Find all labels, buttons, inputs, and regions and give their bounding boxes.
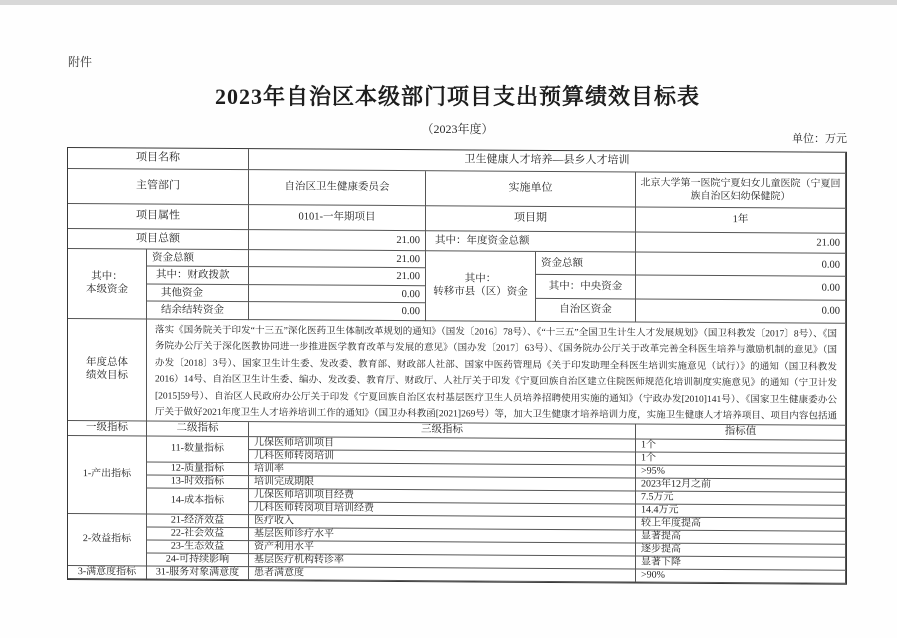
level3-indicator: 患者满意度	[249, 567, 636, 582]
indicator-value: 显著下降	[636, 556, 846, 570]
transfer-fund-row-label: 自治区资金	[536, 298, 636, 322]
local-fund-row-value: 0.00	[249, 285, 426, 304]
header-level1: 一级指标	[68, 421, 147, 436]
level2-group: 11-数量指标	[147, 436, 249, 463]
indicator-value: 显著提高	[636, 530, 846, 544]
level2-group: 12-质量指标	[147, 462, 249, 476]
project-total-label: 项目总额	[68, 229, 249, 250]
header-level2: 二级指标	[147, 421, 249, 437]
unit-note: 单位：万元	[67, 130, 847, 146]
local-fund-row-label: 结余结转资金	[147, 302, 249, 320]
transfer-funds-group-label: 其中： 转移市县（区）资金	[426, 251, 536, 322]
indicator-value: >95%	[636, 465, 846, 479]
annual-goal-text: 落实《国务院关于印发“十三五”深化医药卫生体制改革规划的通知》（国发〔2016〕…	[147, 319, 846, 425]
indicator-value: 14.4万元	[636, 504, 846, 518]
header-value: 指标值	[636, 424, 846, 440]
transfer-fund-row-value: 0.00	[636, 276, 846, 301]
level1-group: 2-效益指标	[68, 514, 147, 566]
local-fund-row-value: 21.00	[249, 268, 426, 287]
level1-group: 1-产出指标	[68, 436, 147, 514]
implement-unit-label: 实施单位	[426, 171, 636, 207]
local-funds-group-label: 其中： 本级资金	[68, 249, 147, 319]
indicator-value: 逐步提高	[636, 543, 846, 557]
indicator-value: 较上年度提高	[636, 517, 846, 531]
transfer-fund-row-label: 资金总额	[536, 252, 636, 276]
budget-table-sheet: 项目名称 卫生健康人才培养—县乡人才培训 主管部门 自治区卫生健康委员会 实施单…	[67, 147, 847, 585]
level1-group: 3-满意度指标	[68, 566, 147, 579]
level2-group: 13-时效指标	[147, 475, 249, 489]
annual-fund-total-value: 21.00	[636, 232, 846, 253]
indicator-value: >90%	[636, 569, 846, 583]
level2-group: 14-成本指标	[147, 488, 249, 515]
indicator-value: 1个	[636, 439, 846, 453]
level2-group: 24-可持续影响	[147, 553, 249, 567]
local-fund-row-label: 其他资金	[147, 284, 249, 302]
indicator-value: 1个	[636, 452, 846, 466]
transfer-fund-row-label: 其中：中央资金	[536, 275, 636, 299]
local-fund-row-value: 21.00	[249, 250, 426, 269]
page-title: 2023年自治区本级部门项目支出预算绩效目标表	[0, 80, 897, 111]
level2-group: 31-服务对象满意度	[147, 566, 249, 580]
local-fund-row-value: 0.00	[249, 303, 426, 322]
competent-dept-label: 主管部门	[68, 169, 249, 205]
project-name-label: 项目名称	[68, 148, 249, 170]
local-fund-row-label: 资金总额	[147, 249, 249, 267]
performance-target-table: 项目名称 卫生健康人才培养—县乡人才培训 主管部门 自治区卫生健康委员会 实施单…	[67, 147, 847, 585]
scanner-edge-strip	[0, 0, 897, 5]
local-fund-row-label: 其中：财政拨款	[147, 267, 249, 285]
project-attr-value: 0101-一年期项目	[249, 205, 426, 231]
indicator-value: 2023年12月之前	[636, 478, 846, 492]
project-period-label: 项目期	[426, 206, 636, 232]
competent-dept-value: 自治区卫生健康委员会	[249, 170, 426, 206]
implement-unit-value: 北京大学第一医院宁夏妇女儿童医院（宁夏回族自治区妇幼保健院）	[636, 172, 846, 208]
indicator-value: 7.5万元	[636, 491, 846, 505]
project-attr-label: 项目属性	[68, 204, 249, 230]
attachment-label: 附件	[68, 53, 92, 70]
level2-group: 21-经济效益	[147, 514, 249, 528]
level2-group: 23-生态效益	[147, 540, 249, 554]
annual-goal-label: 年度总体绩效目标	[68, 319, 147, 421]
project-total-value: 21.00	[249, 230, 426, 251]
project-period-value: 1年	[636, 207, 846, 233]
transfer-fund-row-value: 0.00	[636, 252, 846, 277]
annual-fund-total-label: 其中：年度资金总额	[426, 231, 636, 252]
level2-group: 22-社会效益	[147, 527, 249, 541]
transfer-fund-row-value: 0.00	[636, 299, 846, 324]
